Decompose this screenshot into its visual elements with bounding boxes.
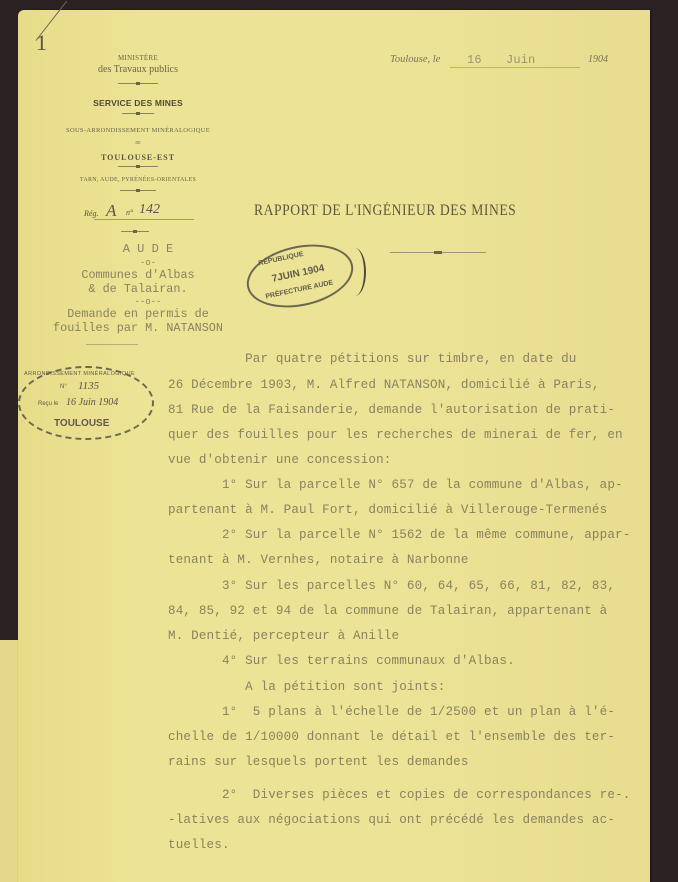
ministry-label: MINISTÈRE bbox=[78, 54, 198, 62]
header-divider bbox=[118, 166, 158, 167]
body-line: 3° Sur les parcelles N° 60, 64, 65, 66, … bbox=[168, 579, 615, 593]
service-name: SERVICE DES MINES bbox=[58, 98, 218, 108]
body-line: rains sur lesquels portent les demandes bbox=[168, 755, 469, 769]
body-line: vue d'obtenir une concession: bbox=[168, 453, 392, 467]
mineral-stamp-received-date: 16 Juin 1904 bbox=[66, 397, 118, 408]
body-line: A la pétition sont joints: bbox=[168, 680, 445, 694]
title-divider bbox=[390, 252, 486, 253]
date-year: 1904 bbox=[588, 54, 608, 65]
sub-district-label: SOUS-ARRONDISSEMENT MINÉRALOGIQUE bbox=[38, 127, 238, 134]
header-divider bbox=[120, 190, 156, 191]
register-number: 142 bbox=[139, 202, 160, 218]
corner-slash-mark bbox=[36, 1, 68, 41]
body-line: 81 Rue de la Faisanderie, demande l'auto… bbox=[168, 403, 615, 417]
mineral-stamp-top: ARRONDISSEMENT MINÉRALOGIQUE bbox=[24, 371, 135, 377]
body-line: 1° Sur la parcelle N° 657 de la commune … bbox=[168, 478, 623, 492]
body-line: quer des fouilles pour les recherches de… bbox=[168, 428, 623, 442]
margin-divider bbox=[86, 344, 138, 345]
ministry-name: des Travaux publics bbox=[58, 64, 218, 75]
stamp-bracket bbox=[344, 248, 366, 296]
body-line: -latives aux négociations qui ont précéd… bbox=[168, 813, 615, 827]
body-line: chelle de 1/10000 donnant le détail et l… bbox=[168, 730, 615, 744]
register-line: Rég. A n° 142 bbox=[84, 203, 184, 223]
register-letter: A bbox=[106, 201, 116, 221]
body-line: 26 Décembre 1903, M. Alfred NATANSON, do… bbox=[168, 378, 600, 392]
prefecture-stamp: RÉPUBLIQUE 7JUIN 1904 PRÉFECTURE AUDE bbox=[241, 235, 359, 316]
report-title: RAPPORT DE L'INGÉNIEUR DES MINES bbox=[254, 202, 516, 220]
body-line: Par quatre pétitions sur timbre, en date… bbox=[168, 352, 577, 366]
prefecture-stamp-top: RÉPUBLIQUE bbox=[258, 251, 304, 267]
mineral-stamp-received-label: Reçu le bbox=[38, 401, 58, 407]
margin-communes-1: Communes d'Albas bbox=[38, 268, 238, 282]
header-divider bbox=[118, 83, 158, 84]
body-line: M. Dentié, percepteur à Anille bbox=[168, 629, 399, 643]
margin-request-1: Demande en permis de bbox=[28, 307, 248, 321]
date-month: Juin bbox=[506, 53, 535, 67]
register-divider bbox=[121, 231, 149, 232]
header-divider bbox=[122, 113, 154, 114]
body-line: 2° Diverses pièces et copies de correspo… bbox=[168, 788, 630, 802]
body-line: 1° 5 plans à l'échelle de 1/2500 et un p… bbox=[168, 705, 615, 719]
margin-communes-2: & de Talairan. bbox=[38, 282, 238, 296]
mineral-district-stamp: ARRONDISSEMENT MINÉRALOGIQUE N° 1135 Reç… bbox=[18, 366, 154, 440]
date-underline bbox=[450, 67, 580, 68]
document-page: 1 MINISTÈRE des Travaux publics SERVICE … bbox=[18, 10, 650, 882]
mineral-stamp-number-label: N° bbox=[60, 384, 67, 390]
body-line: partenant à M. Paul Fort, domicilié à Vi… bbox=[168, 503, 607, 517]
register-prefix: Rég. bbox=[84, 209, 98, 218]
mineral-stamp-bottom: TOULOUSE bbox=[54, 418, 109, 429]
register-no-label: n° bbox=[126, 208, 133, 217]
body-line: tuelles. bbox=[168, 838, 230, 852]
departments-label: TARN, AUDE, PYRÉNÉES-ORIENTALES bbox=[48, 177, 228, 183]
margin-request-2: fouilles par M. NATANSON bbox=[28, 321, 248, 335]
date-day: 16 bbox=[467, 53, 482, 67]
date-place: Toulouse, le bbox=[390, 54, 440, 65]
margin-department: A U D E bbox=[78, 242, 218, 256]
body-line: 84, 85, 92 et 94 de la commune de Talair… bbox=[168, 604, 607, 618]
body-line: tenant à M. Vernhes, notaire à Narbonne bbox=[168, 553, 469, 567]
de-label: DE bbox=[118, 140, 158, 145]
mineral-stamp-number: 1135 bbox=[78, 380, 99, 392]
district-name: TOULOUSE-EST bbox=[58, 153, 218, 162]
body-line: 4° Sur les terrains communaux d'Albas. bbox=[168, 654, 515, 668]
register-underline bbox=[94, 219, 194, 220]
body-line: 2° Sur la parcelle N° 1562 de la même co… bbox=[168, 528, 630, 542]
